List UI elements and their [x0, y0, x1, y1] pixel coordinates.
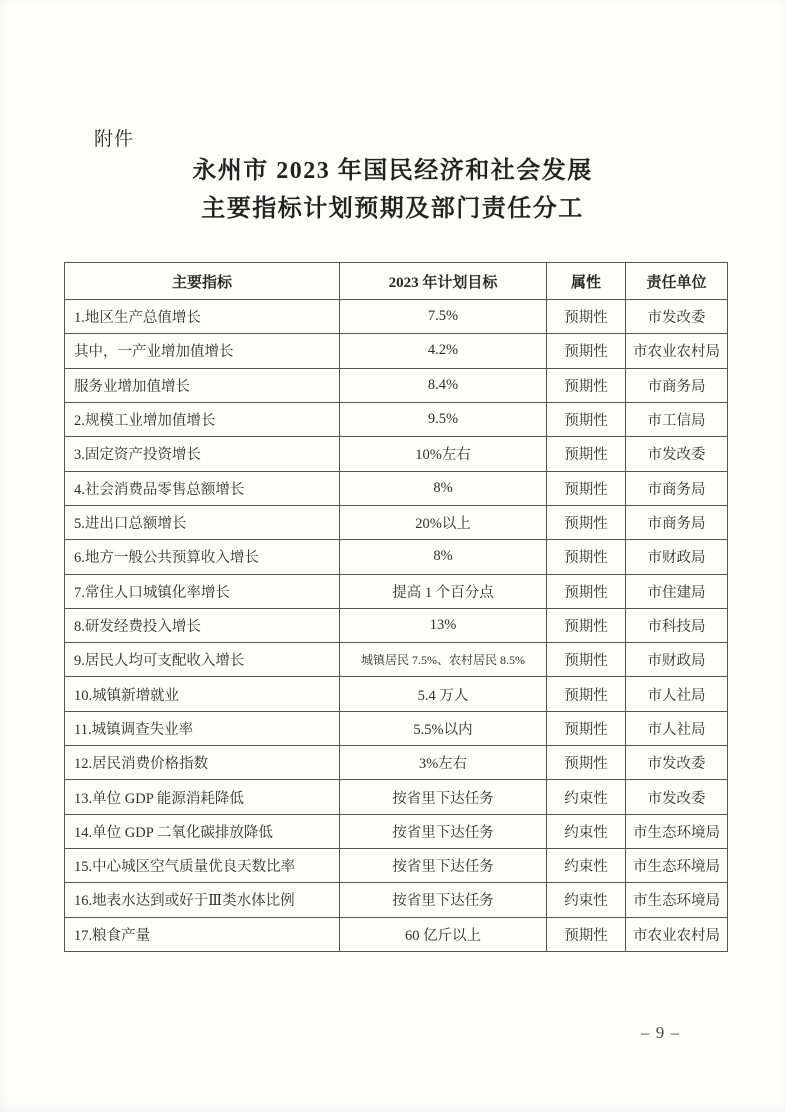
unit-cell: 市发改委	[626, 437, 728, 471]
target-cell: 9.5%	[340, 402, 547, 436]
indicator-cell: 3.固定资产投资增长	[65, 437, 340, 471]
attribute-cell: 预期性	[547, 711, 626, 745]
unit-cell: 市人社局	[626, 711, 728, 745]
attribute-cell: 预期性	[547, 540, 626, 574]
indicator-cell: 10.城镇新增就业	[65, 677, 340, 711]
attribute-cell: 约束性	[547, 780, 626, 814]
indicator-cell: 8.研发经费投入增长	[65, 608, 340, 642]
attribute-cell: 预期性	[547, 574, 626, 608]
table-row: 14.单位 GDP 二氧化碳排放降低按省里下达任务约束性市生态环境局	[65, 814, 728, 848]
col-header-indicator: 主要指标	[65, 263, 340, 300]
indicator-cell: 6.地方一般公共预算收入增长	[65, 540, 340, 574]
target-cell: 8.4%	[340, 368, 547, 402]
table-row: 1.地区生产总值增长7.5%预期性市发改委	[65, 300, 728, 334]
table-row: 7.常住人口城镇化率增长提高 1 个百分点预期性市住建局	[65, 574, 728, 608]
table-row: 3.固定资产投资增长10%左右预期性市发改委	[65, 437, 728, 471]
target-cell: 城镇居民 7.5%、农村居民 8.5%	[340, 643, 547, 677]
attribute-cell: 预期性	[547, 402, 626, 436]
table-row: 17.粮食产量60 亿斤以上预期性市农业农村局	[65, 917, 728, 951]
indicator-cell: 16.地表水达到或好于Ⅲ类水体比例	[65, 883, 340, 917]
target-cell: 提高 1 个百分点	[340, 574, 547, 608]
table-row: 11.城镇调查失业率5.5%以内预期性市人社局	[65, 711, 728, 745]
target-cell: 7.5%	[340, 300, 547, 334]
unit-cell: 市工信局	[626, 402, 728, 436]
indicator-cell: 9.居民人均可支配收入增长	[65, 643, 340, 677]
attribute-cell: 预期性	[547, 643, 626, 677]
target-cell: 按省里下达任务	[340, 814, 547, 848]
attribute-cell: 预期性	[547, 471, 626, 505]
table-row: 5.进出口总额增长20%以上预期性市商务局	[65, 505, 728, 539]
attribute-cell: 预期性	[547, 368, 626, 402]
attribute-cell: 预期性	[547, 334, 626, 368]
table-row: 8.研发经费投入增长13%预期性市科技局	[65, 608, 728, 642]
attribute-cell: 预期性	[547, 917, 626, 951]
indicator-cell: 7.常住人口城镇化率增长	[65, 574, 340, 608]
indicator-cell: 4.社会消费品零售总额增长	[65, 471, 340, 505]
title-line-1: 永州市 2023 年国民经济和社会发展	[0, 152, 785, 190]
attachment-label: 附件	[94, 124, 134, 151]
attribute-cell: 约束性	[547, 883, 626, 917]
indicator-cell: 服务业增加值增长	[65, 368, 340, 402]
document-page: 附件 永州市 2023 年国民经济和社会发展 主要指标计划预期及部门责任分工 主…	[0, 0, 785, 1112]
table-row: 15.中心城区空气质量优良天数比率按省里下达任务约束性市生态环境局	[65, 849, 728, 883]
table-row: 服务业增加值增长8.4%预期性市商务局	[65, 368, 728, 402]
table-row: 13.单位 GDP 能源消耗降低按省里下达任务约束性市发改委	[65, 780, 728, 814]
indicator-cell: 11.城镇调查失业率	[65, 711, 340, 745]
target-cell: 20%以上	[340, 505, 547, 539]
unit-cell: 市人社局	[626, 677, 728, 711]
attribute-cell: 预期性	[547, 300, 626, 334]
target-cell: 8%	[340, 540, 547, 574]
target-cell: 3%左右	[340, 746, 547, 780]
attribute-cell: 约束性	[547, 849, 626, 883]
target-cell: 按省里下达任务	[340, 780, 547, 814]
unit-cell: 市农业农村局	[626, 917, 728, 951]
unit-cell: 市发改委	[626, 300, 728, 334]
unit-cell: 市商务局	[626, 368, 728, 402]
table-row: 4.社会消费品零售总额增长8%预期性市商务局	[65, 471, 728, 505]
table-row: 9.居民人均可支配收入增长城镇居民 7.5%、农村居民 8.5%预期性市财政局	[65, 643, 728, 677]
target-cell: 5.4 万人	[340, 677, 547, 711]
indicator-cell: 12.居民消费价格指数	[65, 746, 340, 780]
col-header-unit: 责任单位	[626, 263, 728, 300]
attribute-cell: 约束性	[547, 814, 626, 848]
unit-cell: 市发改委	[626, 780, 728, 814]
indicator-cell: 2.规模工业增加值增长	[65, 402, 340, 436]
table-header-row: 主要指标 2023 年计划目标 属性 责任单位	[65, 263, 728, 300]
indicators-table: 主要指标 2023 年计划目标 属性 责任单位 1.地区生产总值增长7.5%预期…	[64, 262, 728, 952]
unit-cell: 市商务局	[626, 471, 728, 505]
table-row: 16.地表水达到或好于Ⅲ类水体比例按省里下达任务约束性市生态环境局	[65, 883, 728, 917]
title-line-2: 主要指标计划预期及部门责任分工	[0, 190, 785, 228]
col-header-target: 2023 年计划目标	[340, 263, 547, 300]
attribute-cell: 预期性	[547, 677, 626, 711]
table-row: 6.地方一般公共预算收入增长8%预期性市财政局	[65, 540, 728, 574]
unit-cell: 市商务局	[626, 505, 728, 539]
target-cell: 4.2%	[340, 334, 547, 368]
indicator-cell: 14.单位 GDP 二氧化碳排放降低	[65, 814, 340, 848]
page-number: – 9 –	[641, 1023, 680, 1043]
unit-cell: 市科技局	[626, 608, 728, 642]
table-row: 其中，一产业增加值增长4.2%预期性市农业农村局	[65, 334, 728, 368]
indicator-cell: 5.进出口总额增长	[65, 505, 340, 539]
unit-cell: 市生态环境局	[626, 883, 728, 917]
table-row: 12.居民消费价格指数3%左右预期性市发改委	[65, 746, 728, 780]
document-title: 永州市 2023 年国民经济和社会发展 主要指标计划预期及部门责任分工	[0, 152, 785, 228]
table-row: 10.城镇新增就业5.4 万人预期性市人社局	[65, 677, 728, 711]
col-header-attribute: 属性	[547, 263, 626, 300]
unit-cell: 市发改委	[626, 746, 728, 780]
target-cell: 5.5%以内	[340, 711, 547, 745]
attribute-cell: 预期性	[547, 608, 626, 642]
target-cell: 按省里下达任务	[340, 849, 547, 883]
attribute-cell: 预期性	[547, 505, 626, 539]
unit-cell: 市财政局	[626, 540, 728, 574]
target-cell: 按省里下达任务	[340, 883, 547, 917]
unit-cell: 市农业农村局	[626, 334, 728, 368]
target-cell: 60 亿斤以上	[340, 917, 547, 951]
unit-cell: 市生态环境局	[626, 849, 728, 883]
unit-cell: 市生态环境局	[626, 814, 728, 848]
attribute-cell: 预期性	[547, 746, 626, 780]
indicator-cell: 17.粮食产量	[65, 917, 340, 951]
indicator-cell: 13.单位 GDP 能源消耗降低	[65, 780, 340, 814]
attribute-cell: 预期性	[547, 437, 626, 471]
unit-cell: 市住建局	[626, 574, 728, 608]
target-cell: 10%左右	[340, 437, 547, 471]
indicator-cell: 其中，一产业增加值增长	[65, 334, 340, 368]
table-body: 1.地区生产总值增长7.5%预期性市发改委其中，一产业增加值增长4.2%预期性市…	[65, 300, 728, 952]
table-row: 2.规模工业增加值增长9.5%预期性市工信局	[65, 402, 728, 436]
target-cell: 8%	[340, 471, 547, 505]
unit-cell: 市财政局	[626, 643, 728, 677]
indicator-cell: 1.地区生产总值增长	[65, 300, 340, 334]
target-cell: 13%	[340, 608, 547, 642]
indicator-cell: 15.中心城区空气质量优良天数比率	[65, 849, 340, 883]
